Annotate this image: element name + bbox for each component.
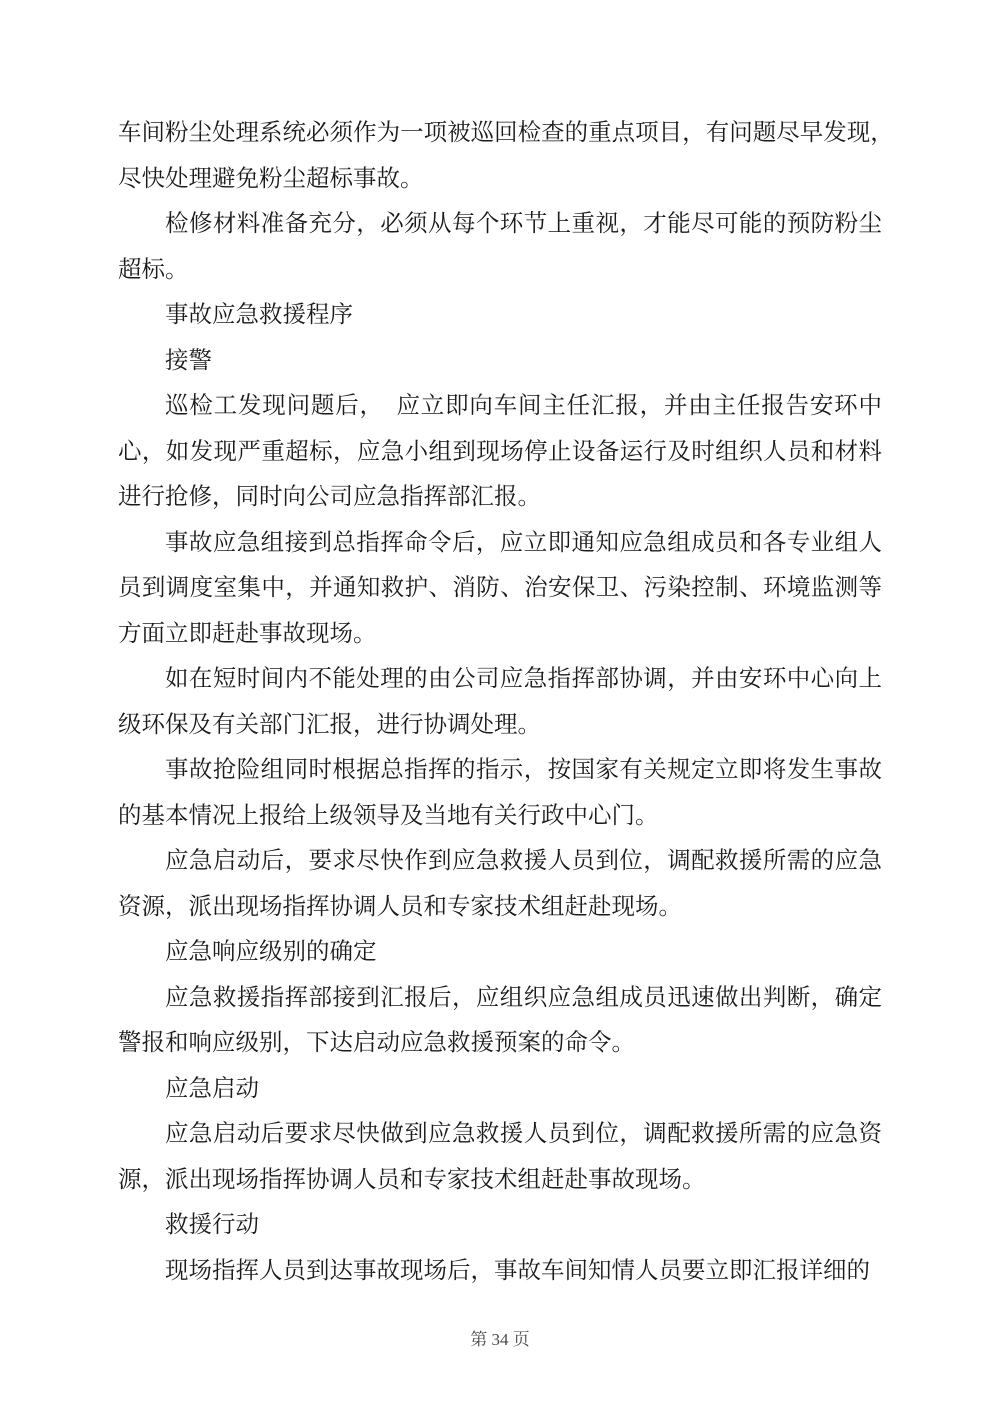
section-heading: 应急启动 bbox=[118, 1067, 882, 1113]
paragraph: 检修材料准备充分，必须从每个环节上重视，才能尽可能的预防粉尘超标。 bbox=[118, 202, 882, 293]
page-number: 第 34 页 bbox=[0, 1328, 1000, 1352]
paragraph: 应急救援指挥部接到汇报后，应组织应急组成员迅速做出判断，确定警报和响应级别，下达… bbox=[118, 976, 882, 1067]
paragraph: 巡检工发现问题后， 应立即向车间主任汇报，并由主任报告安环中心，如发现严重超标，… bbox=[118, 384, 882, 521]
paragraph: 车间粉尘处理系统必须作为一项被巡回检查的重点项目，有问题尽早发现， 尽快处理避免… bbox=[118, 111, 882, 202]
section-heading: 接警 bbox=[118, 339, 882, 385]
document-page: 车间粉尘处理系统必须作为一项被巡回检查的重点项目，有问题尽早发现， 尽快处理避免… bbox=[0, 0, 1000, 1415]
paragraph: 事故抢险组同时根据总指挥的指示，按国家有关规定立即将发生事故的基本情况上报给上级… bbox=[118, 748, 882, 839]
section-heading: 事故应急救援程序 bbox=[118, 293, 882, 339]
paragraph: 应急启动后要求尽快做到应急救援人员到位，调配救援所需的应急资源，派出现场指挥协调… bbox=[118, 1112, 882, 1203]
section-heading: 救援行动 bbox=[118, 1203, 882, 1249]
paragraph: 如在短时间内不能处理的由公司应急指挥部协调，并由安环中心向上级环保及有关部门汇报… bbox=[118, 657, 882, 748]
paragraph: 现场指挥人员到达事故现场后，事故车间知情人员要立即汇报详细的 bbox=[118, 1249, 882, 1295]
section-heading: 应急响应级别的确定 bbox=[118, 930, 882, 976]
paragraph: 事故应急组接到总指挥命令后，应立即通知应急组成员和各专业组人员到调度室集中，并通… bbox=[118, 521, 882, 658]
paragraph: 应急启动后，要求尽快作到应急救援人员到位，调配救援所需的应急资源，派出现场指挥协… bbox=[118, 839, 882, 930]
document-body: 车间粉尘处理系统必须作为一项被巡回检查的重点项目，有问题尽早发现， 尽快处理避免… bbox=[118, 111, 882, 1294]
